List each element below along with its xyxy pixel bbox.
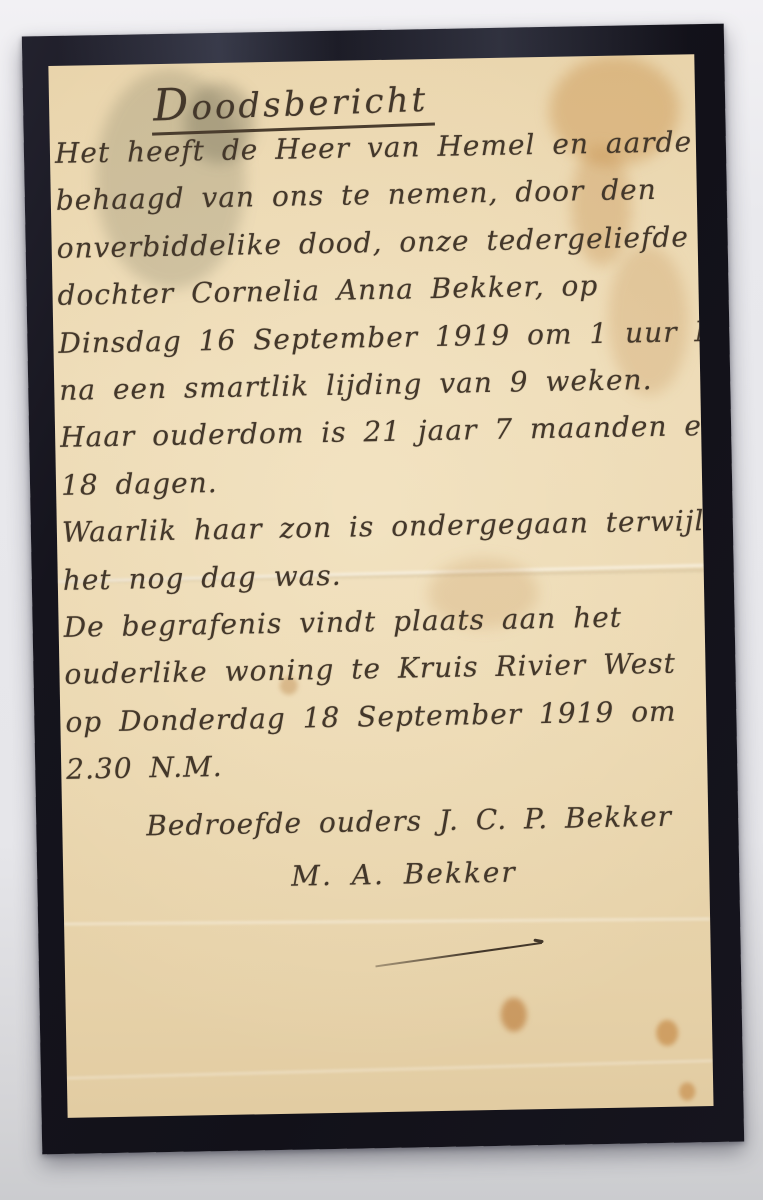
mourning-card-black-border: Doodsbericht Het heeft de Heer van Hemel… bbox=[22, 24, 744, 1155]
foxing-stain bbox=[656, 1020, 678, 1046]
foxing-stain bbox=[679, 1082, 695, 1100]
foxing-stain bbox=[501, 997, 528, 1031]
fold-crease bbox=[67, 1059, 713, 1079]
signature-parents: Bedroefde ouders J. C. P. Bekker bbox=[146, 800, 672, 843]
handwritten-body: Het heeft de Heer van Hemel en aarde beh… bbox=[55, 118, 708, 793]
fold-crease bbox=[64, 917, 710, 925]
photo-background: Doodsbericht Het heeft de Heer van Hemel… bbox=[0, 0, 763, 1200]
death-notice-paper: Doodsbericht Het heeft de Heer van Hemel… bbox=[48, 54, 713, 1118]
pen-flourish-line bbox=[375, 942, 542, 968]
signature-mother: M. A. Bekker bbox=[291, 856, 517, 893]
